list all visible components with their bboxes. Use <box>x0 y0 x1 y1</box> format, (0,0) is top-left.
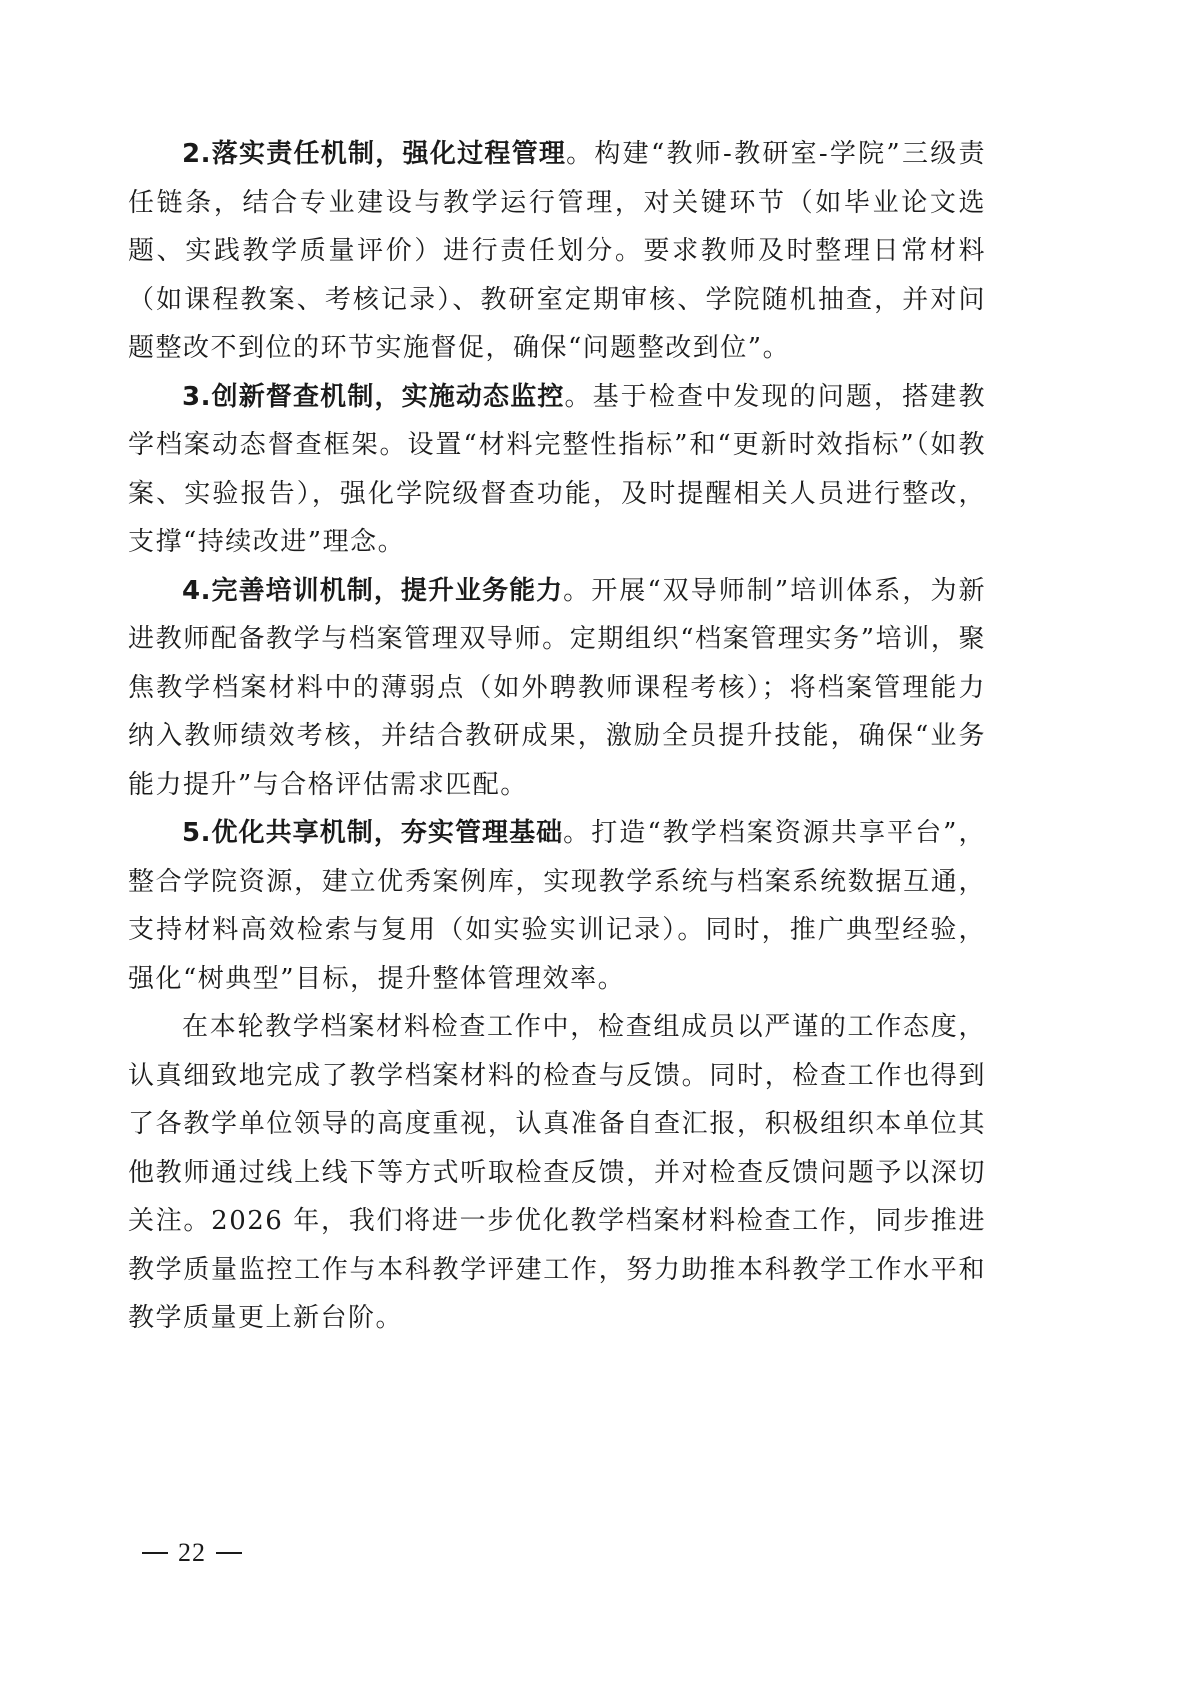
dash-left-decoration <box>142 1552 168 1554</box>
paragraph-heading: 5.优化共享机制，夯实管理基础 <box>182 818 563 848</box>
dash-right-decoration <box>216 1552 242 1554</box>
paragraph-body: 。构建“教师-教研室-学院”三级责任链条，结合专业建设与教学运行管理，对关键环节… <box>128 139 986 363</box>
paragraph-conclusion: 在本轮教学档案材料检查工作中，检查组成员以严谨的工作态度，认真细致地完成了教学档… <box>128 1003 986 1343</box>
paragraph-heading: 2.落实责任机制，强化过程管理 <box>182 139 566 169</box>
paragraph-heading: 4.完善培训机制，提升业务能力 <box>182 576 563 606</box>
page-number: 22 <box>178 1538 206 1567</box>
paragraph-body: 在本轮教学档案材料检查工作中，检查组成员以严谨的工作态度，认真细致地完成了教学档… <box>128 1012 986 1333</box>
paragraph-body: 。开展“双导师制”培训体系，为新进教师配备教学与档案管理双导师。定期组织“档案管… <box>128 576 986 800</box>
page-number-footer: 22 <box>132 1538 252 1568</box>
paragraph-responsibility-mechanism: 2.落实责任机制，强化过程管理。构建“教师-教研室-学院”三级责任链条，结合专业… <box>128 130 986 373</box>
paragraph-heading: 3.创新督查机制，实施动态监控 <box>182 382 564 412</box>
paragraph-sharing-mechanism: 5.优化共享机制，夯实管理基础。打造“教学档案资源共享平台”，整合学院资源，建立… <box>128 809 986 1003</box>
document-page: 2.落实责任机制，强化过程管理。构建“教师-教研室-学院”三级责任链条，结合专业… <box>128 130 986 1343</box>
paragraph-training-mechanism: 4.完善培训机制，提升业务能力。开展“双导师制”培训体系，为新进教师配备教学与档… <box>128 567 986 810</box>
paragraph-supervision-mechanism: 3.创新督查机制，实施动态监控。基于检查中发现的问题，搭建教学档案动态督查框架。… <box>128 373 986 567</box>
